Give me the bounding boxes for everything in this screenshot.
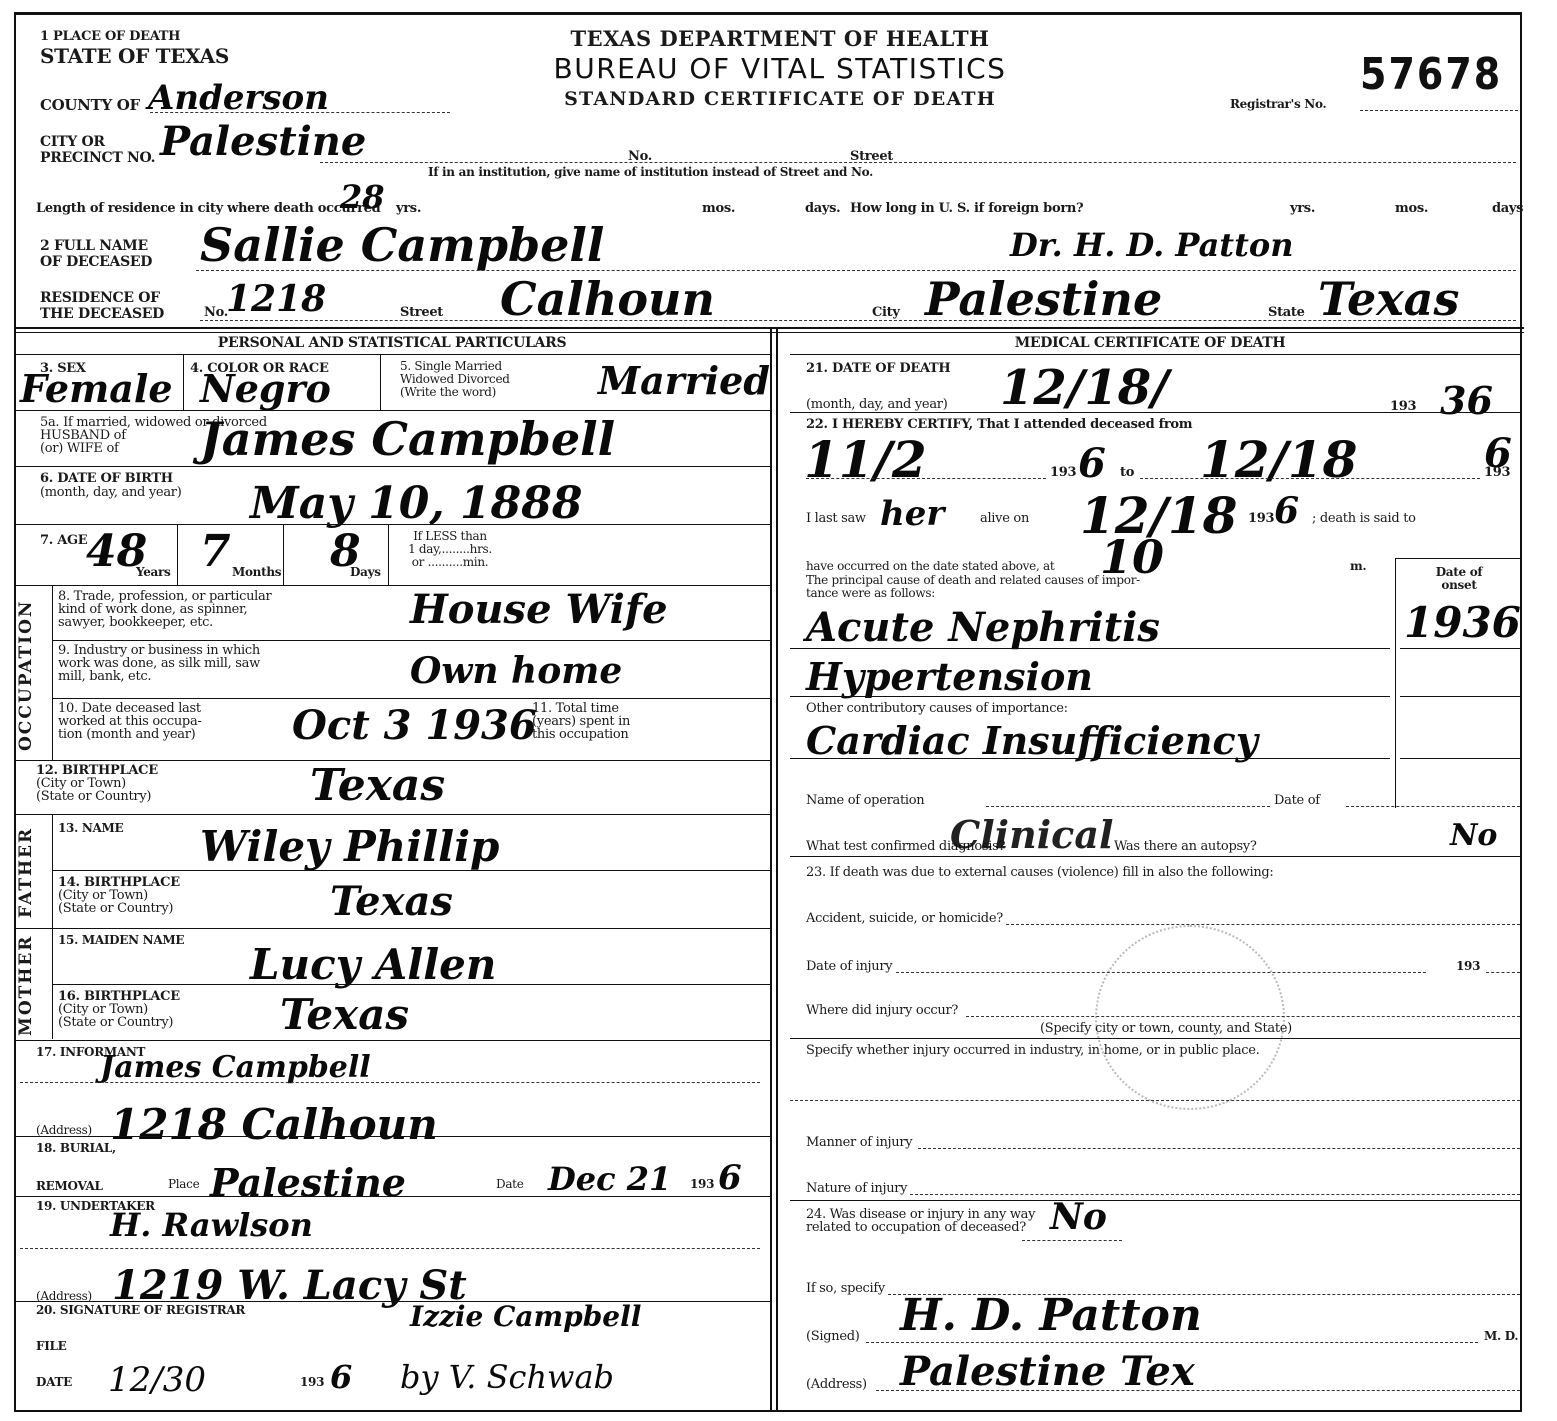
place-label: Place	[168, 1178, 199, 1191]
county-line	[150, 112, 450, 113]
mother-side-label: MOTHER	[16, 930, 46, 1040]
operation-date-line	[1346, 806, 1520, 807]
mother-bp-label: 16. BIRTHPLACE(City or Town)(State or Co…	[58, 990, 180, 1029]
city-line	[320, 162, 1516, 163]
birthplace-value: Texas	[310, 760, 445, 811]
divider	[1395, 558, 1396, 808]
operation-label: Name of operation	[806, 794, 924, 807]
trade-label: 8. Trade, profession, or particularkind …	[58, 590, 271, 629]
residence-years: 28	[340, 178, 385, 216]
contributory-value: Cardiac Insufficiency	[806, 718, 1258, 763]
accident-line	[1006, 924, 1520, 925]
signed-label: (Signed)	[806, 1330, 860, 1343]
date-label: DATE	[36, 1376, 72, 1389]
registrar-signature: Izzie Campbell	[410, 1300, 641, 1333]
last-saw-year-suffix: 6	[1274, 490, 1299, 532]
signed-line	[866, 1342, 1478, 1343]
injury-year-prefix: 193	[1456, 960, 1480, 973]
days-label: Days	[350, 566, 381, 579]
occupational-value: No	[1050, 1196, 1107, 1238]
father-bp-label: 14. BIRTHPLACE(City or Town)(State or Co…	[58, 876, 180, 915]
occurred-label: have occurred on the date stated above, …	[806, 560, 1054, 573]
state-label: STATE OF TEXAS	[40, 44, 229, 68]
divider	[52, 585, 53, 760]
file-year-suffix: 6	[330, 1358, 352, 1396]
to-label: to	[1120, 466, 1134, 480]
last-saw-label: I last saw	[806, 512, 866, 526]
divider	[14, 1301, 770, 1302]
dod-label: 21. DATE OF DEATH	[806, 362, 950, 376]
marital-value: Married	[598, 358, 770, 403]
mother-name: Lucy Allen	[250, 940, 496, 989]
attended-from-line	[806, 478, 1046, 479]
residence-city: Palestine	[925, 272, 1162, 326]
divider	[388, 525, 389, 585]
registrar-sig-label: 20. SIGNATURE OF REGISTRAR	[36, 1304, 245, 1317]
operation-date-label: Date of	[1274, 794, 1320, 807]
city-label: CITY ORPRECINCT NO.	[40, 134, 155, 166]
spouse-value: James Campbell	[200, 412, 615, 466]
divider	[790, 696, 1390, 697]
divider	[52, 640, 770, 641]
if-so-label: If so, specify	[806, 1282, 885, 1295]
burial-place: Palestine	[210, 1160, 406, 1205]
from-year-prefix: 193	[1050, 466, 1076, 480]
trade-value: House Wife	[410, 586, 668, 633]
divider	[14, 327, 1524, 329]
burial-year-prefix: 193	[690, 1178, 714, 1191]
certificate-title: STANDARD CERTIFICATE OF DEATH	[480, 88, 1080, 110]
autopsy-label: Was there an autopsy?	[1110, 840, 1257, 853]
deceased-name: Sallie Campbell	[200, 218, 604, 272]
residence-line	[200, 320, 1516, 321]
divider	[1400, 758, 1520, 759]
birthplace-label: 12. BIRTHPLACE(City or Town)(State or Co…	[36, 764, 158, 803]
injury-specify-label: (Specify city or town, county, and State…	[1040, 1022, 1292, 1035]
years-label: Years	[136, 566, 171, 579]
divider	[14, 1196, 770, 1197]
divider	[14, 332, 1524, 333]
residence-label: RESIDENCE OFTHE DECEASED	[40, 290, 164, 322]
informant-line	[20, 1082, 760, 1083]
divider	[52, 870, 770, 871]
residence-state-label: State	[1268, 306, 1305, 320]
undertaker-line	[20, 1248, 760, 1249]
foreign-days-label: days	[1492, 202, 1523, 216]
institution-note: If in an institution, give name of insti…	[428, 166, 873, 179]
divider	[790, 354, 1522, 355]
divider	[790, 758, 1390, 759]
injury-where-label: Where did injury occur?	[806, 1004, 958, 1017]
physician-address-label: (Address)	[806, 1378, 867, 1391]
informant-name: James Campbell	[100, 1050, 371, 1085]
residence-no: 1218	[226, 278, 326, 320]
divider	[1395, 558, 1522, 559]
residence-street: Calhoun	[500, 272, 715, 326]
bureau-title: BUREAU OF VITAL STATISTICS	[430, 52, 1130, 85]
divider	[790, 1038, 1522, 1039]
burial-date-label: Date	[496, 1178, 524, 1191]
registrar-number: 57678	[1360, 49, 1502, 100]
department-title: TEXAS DEPARTMENT OF HEALTH	[480, 26, 1080, 51]
injury-date-label: Date of injury	[806, 960, 892, 973]
operation-line	[986, 806, 1270, 807]
place-of-death-label: 1 PLACE OF DEATH	[40, 30, 180, 44]
burial-date: Dec 21	[548, 1160, 671, 1198]
death-said-label: ; death is said to	[1312, 512, 1416, 526]
divider	[14, 410, 770, 411]
occupation-side-label: OCCUPATION	[16, 590, 46, 760]
foreign-label: How long in U. S. if foreign born?	[850, 202, 1083, 216]
father-name-label: 13. NAME	[58, 822, 123, 835]
divider	[52, 698, 770, 699]
industry-value: Own home	[410, 650, 622, 692]
foreign-yrs-label: yrs.	[1290, 202, 1315, 216]
last-saw-pronoun: her	[880, 494, 944, 534]
nature-line	[910, 1194, 1520, 1195]
residence-city-label: City	[872, 306, 900, 320]
file-signature: by V. Schwab	[400, 1358, 614, 1396]
removal-label: REMOVAL	[36, 1180, 103, 1193]
dod-value: 12/18/	[1000, 360, 1169, 416]
physician-note: Dr. H. D. Patton	[1010, 226, 1293, 264]
file-date: 12/30	[108, 1360, 206, 1400]
last-worked-label: 10. Date deceased lastworked at this occ…	[58, 702, 201, 741]
divider	[14, 354, 770, 355]
nature-label: Nature of injury	[806, 1182, 907, 1195]
residence-state: Texas	[1318, 272, 1459, 326]
name-line	[196, 270, 1516, 271]
divider	[14, 814, 770, 815]
divider	[790, 412, 1522, 413]
injury-where-line	[966, 1016, 1520, 1017]
city-value: Palestine	[160, 118, 366, 165]
months-label: Months	[232, 566, 281, 579]
less-than-label: If LESS than1 day,........hrs.or .......…	[390, 530, 510, 569]
from-year-suffix: 6	[1078, 440, 1106, 487]
manner-line	[918, 1148, 1520, 1149]
industry-label: 9. Industry or business in whichwork was…	[58, 644, 260, 683]
injury-date-line	[896, 972, 1426, 973]
column-divider	[770, 327, 772, 1412]
occupational-line	[1022, 1240, 1122, 1241]
marital-label: 5. Single MarriedWidowed Divorced(Write …	[400, 360, 510, 399]
registrar-no-line	[1360, 110, 1518, 111]
sex-value: Female	[20, 366, 173, 411]
yrs-label: yrs.	[396, 202, 421, 216]
m-label: m.	[1350, 560, 1366, 573]
autopsy-value: No	[1450, 818, 1497, 853]
contributory-label: Other contributory causes of importance:	[806, 702, 1068, 715]
burial-year-suffix: 6	[718, 1158, 742, 1198]
divider	[380, 355, 381, 410]
mos-label: mos.	[702, 202, 735, 216]
divider	[14, 524, 770, 525]
physician-signature: H. D. Patton	[900, 1290, 1202, 1341]
address-line	[876, 1390, 1520, 1391]
attended-to-line	[1140, 478, 1480, 479]
name-label: 2 FULL NAMEOF DECEASED	[40, 238, 152, 270]
personal-section-title: PERSONAL AND STATISTICAL PARTICULARS	[14, 335, 770, 351]
dob-label: 6. DATE OF BIRTH(month, day, and year)	[40, 472, 181, 500]
cause-1: Acute Nephritis	[806, 604, 1160, 651]
physician-address: Palestine Tex	[900, 1348, 1195, 1395]
cause-2: Hypertension	[806, 654, 1093, 699]
divider	[1400, 648, 1520, 649]
injury-place-label: Specify whether injury occurred in indus…	[806, 1044, 1259, 1057]
md-label: M. D.	[1484, 1330, 1518, 1343]
divider	[183, 355, 184, 410]
dod-sublabel: (month, day, and year)	[806, 398, 947, 412]
age-label: 7. AGE	[40, 534, 87, 548]
divider	[14, 928, 770, 929]
residence-length-label: Length of residence in city where death …	[36, 202, 380, 216]
age-months: 7	[200, 526, 231, 577]
cause-label: The principal cause of death and related…	[806, 574, 1140, 600]
father-bp: Texas	[330, 878, 453, 925]
registrar-no-label: Registrar's No.	[1230, 98, 1326, 111]
divider	[1400, 696, 1520, 697]
mother-name-label: 15. MAIDEN NAME	[58, 934, 184, 947]
divider	[790, 856, 1522, 857]
last-saw-year-prefix: 193	[1248, 512, 1274, 526]
divider	[14, 1136, 770, 1137]
days-label: days.	[805, 202, 840, 216]
attended-to: 12/18	[1200, 430, 1357, 489]
race-value: Negro	[200, 366, 331, 411]
divider	[14, 1040, 770, 1041]
mother-bp: Texas	[280, 990, 409, 1039]
injury-year-line	[1486, 972, 1520, 973]
divider	[177, 525, 178, 585]
accident-label: Accident, suicide, or homicide?	[806, 912, 1003, 925]
divider	[52, 814, 53, 1039]
seal-stamp	[1095, 925, 1285, 1110]
divider	[790, 1200, 1522, 1201]
foreign-mos-label: mos.	[1395, 202, 1428, 216]
informant-address: 1218 Calhoun	[110, 1100, 438, 1149]
dob-value: May 10, 1888	[250, 478, 582, 529]
to-year-suffix: 6	[1484, 430, 1512, 477]
file-label: FILE	[36, 1340, 67, 1353]
last-worked-value: Oct 3 1936	[292, 702, 537, 749]
death-certificate: 1 PLACE OF DEATH STATE OF TEXAS TEXAS DE…	[0, 0, 1557, 1421]
onset-value: 1936	[1404, 598, 1521, 647]
total-time-label: 11. Total time(years) spent inthis occup…	[532, 702, 630, 741]
burial-label: 18. BURIAL,	[36, 1142, 116, 1155]
father-name: Wiley Phillip	[200, 822, 499, 871]
divider	[283, 525, 284, 585]
column-divider	[776, 327, 778, 1412]
divider	[14, 466, 770, 467]
test-value: Clinical	[950, 812, 1113, 857]
divider	[790, 648, 1390, 649]
external-label: 23. If death was due to external causes …	[806, 866, 1274, 879]
dod-year-suffix: 36	[1440, 378, 1493, 423]
divider	[52, 984, 770, 985]
occupational-label: 24. Was disease or injury in any wayrela…	[806, 1208, 1035, 1234]
county-label: COUNTY OF	[40, 98, 140, 112]
undertaker-name: H. Rawlson	[110, 1206, 313, 1244]
attended-from: 11/2	[804, 430, 927, 489]
onset-label: Date ofonset	[1396, 566, 1522, 592]
residence-street-label: Street	[400, 306, 443, 320]
manner-label: Manner of injury	[806, 1136, 912, 1149]
residence-no-label: No.	[204, 306, 228, 320]
injury-place-line	[790, 1100, 1520, 1101]
file-year-prefix: 193	[300, 1376, 324, 1389]
father-side-label: FATHER	[16, 816, 46, 928]
alive-on-label: alive on	[980, 512, 1029, 526]
medical-section-title: MEDICAL CERTIFICATE OF DEATH	[778, 335, 1522, 351]
